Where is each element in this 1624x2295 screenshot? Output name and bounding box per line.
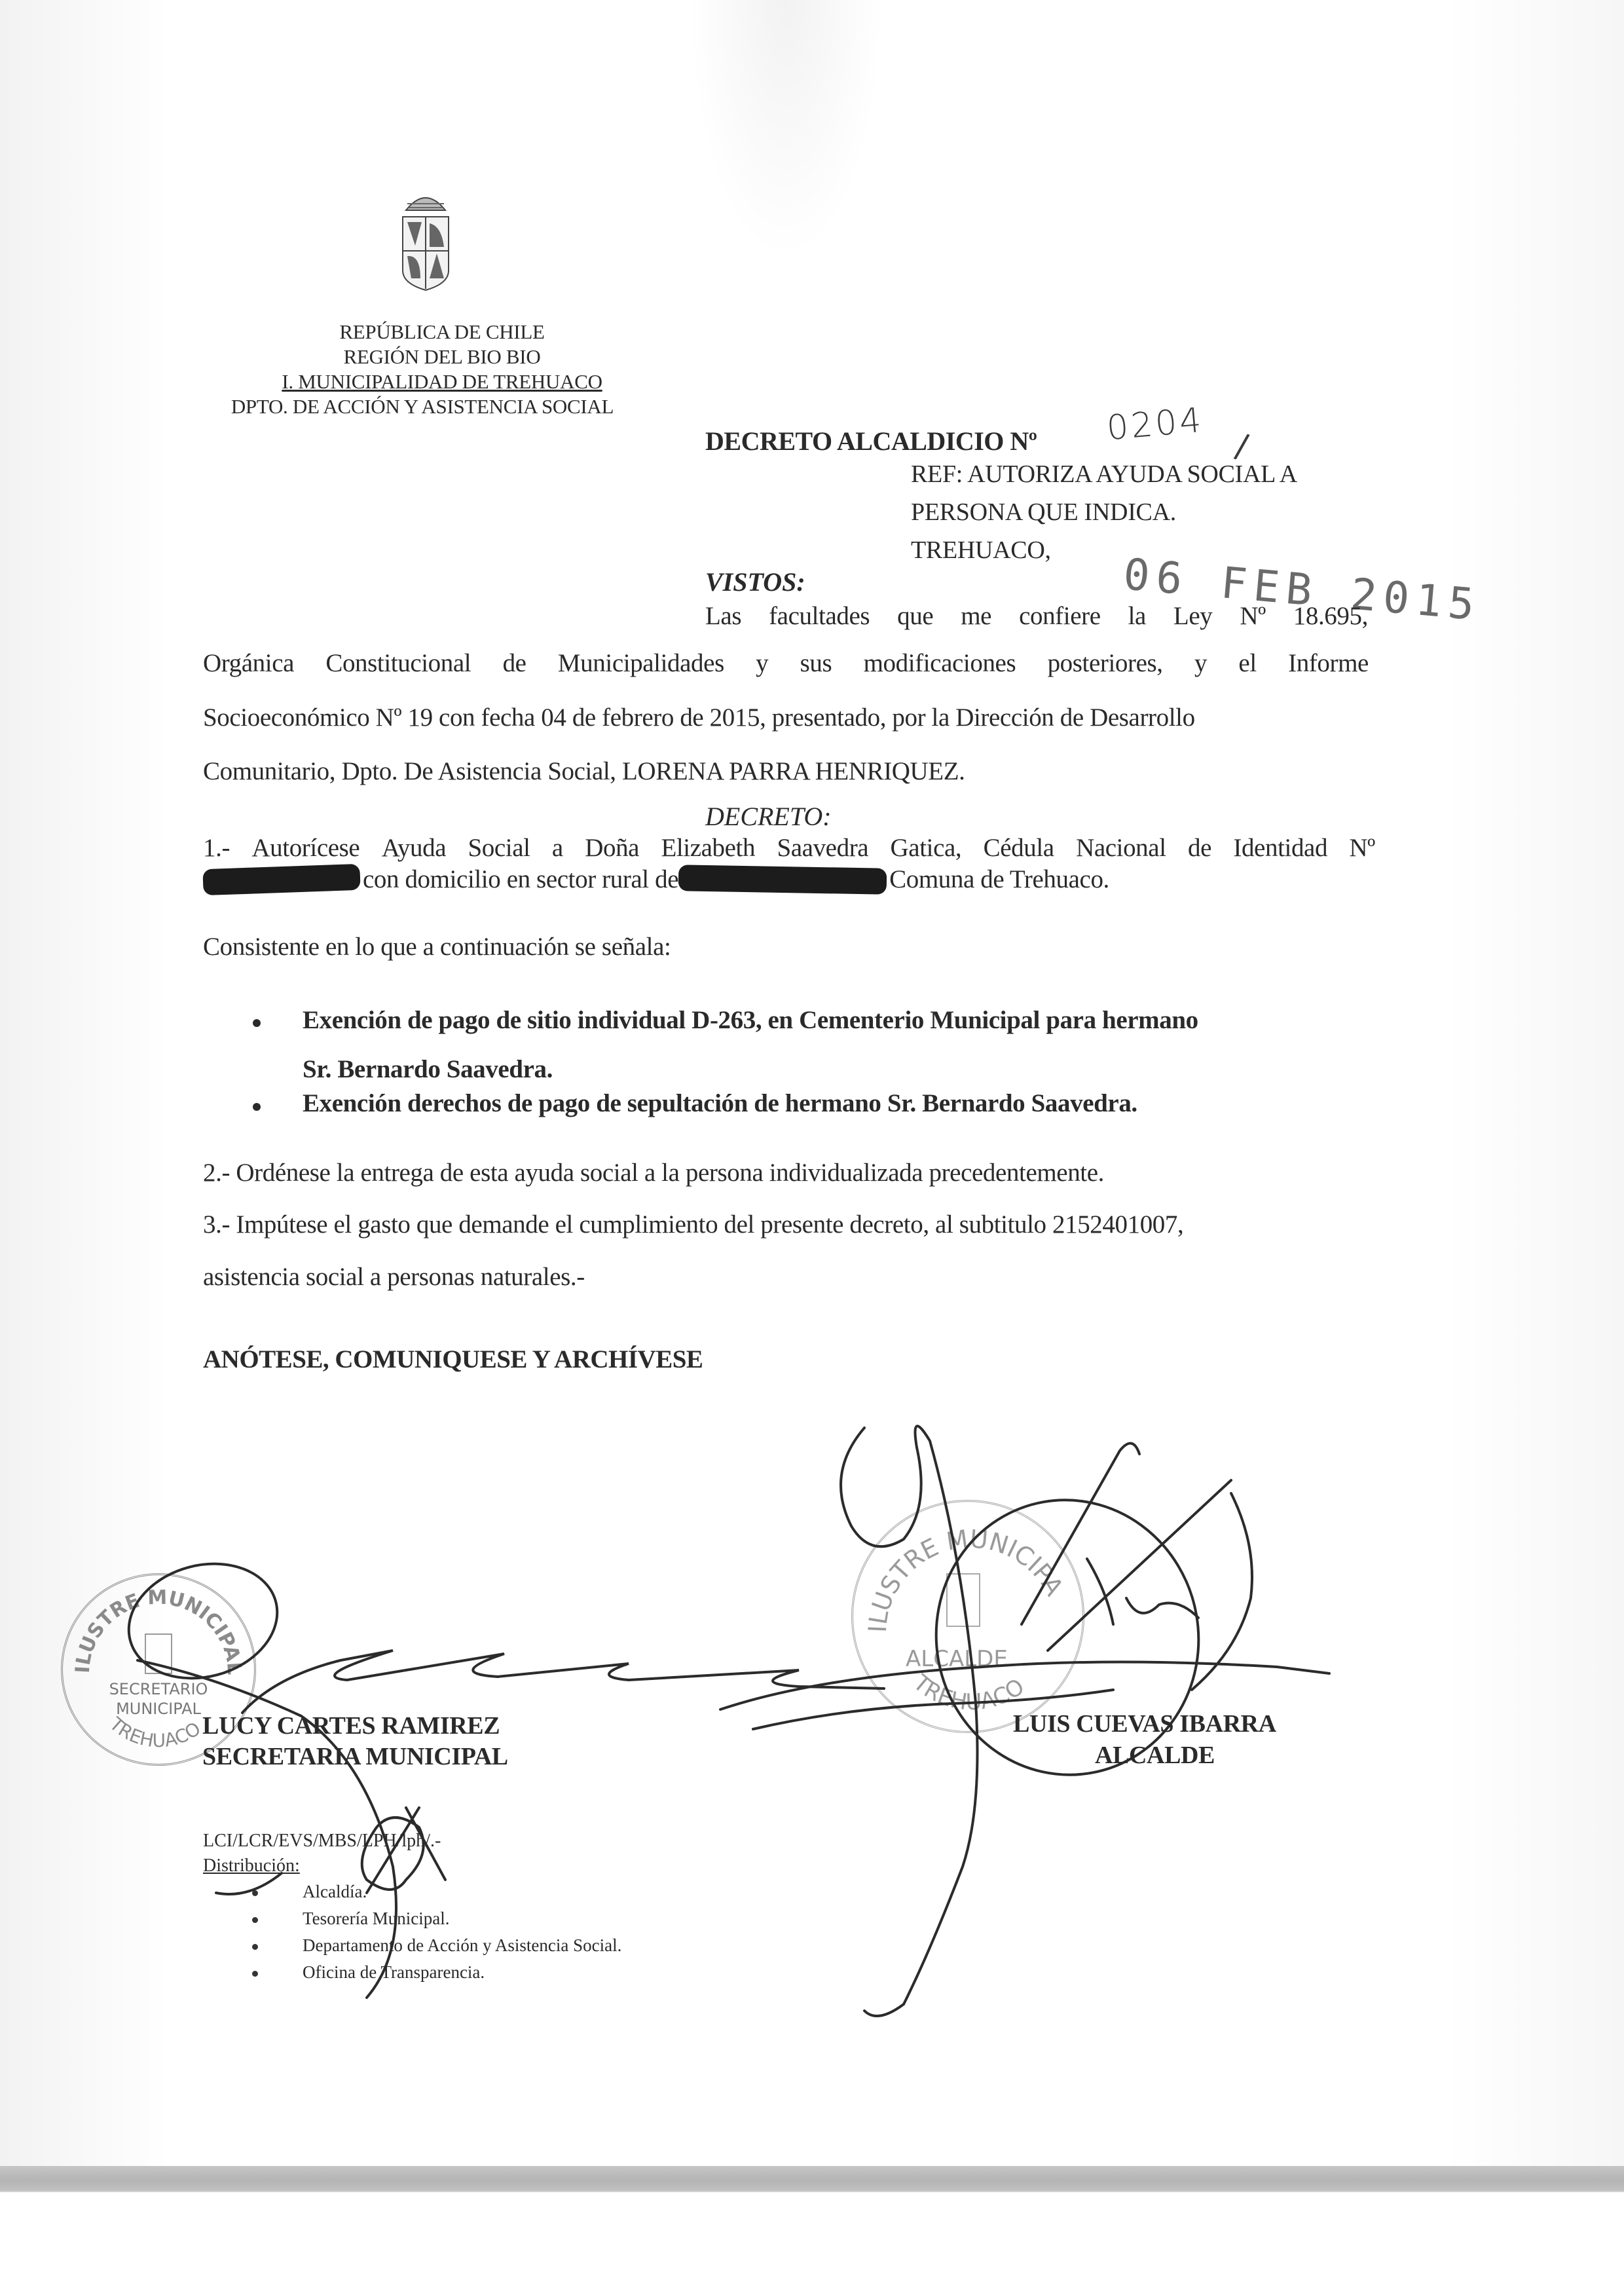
word: Social [468, 833, 530, 863]
mayor-name: LUIS CUEVAS IBARRA [1013, 1709, 1276, 1738]
stamp-bottom-text: TREHUACO [908, 1670, 1029, 1715]
reference-initials: LCI/LCR/EVS/MBS/LPH/lph/.- [203, 1831, 441, 1852]
header-department: DPTO. DE ACCIÓN Y ASISTENCIA SOCIAL [196, 394, 648, 419]
stamp-center-1: SECRETARIO [63, 1680, 254, 1698]
decreto-item-1-line-2: con domicilio en sector rural de Comuna … [203, 865, 1109, 894]
word: 1.- [203, 833, 230, 863]
word: Nº [1349, 833, 1375, 863]
distribution-item: Oficina de Transparencia. [252, 1962, 485, 1983]
word: sus [800, 648, 832, 678]
benefit-1-line-1: Exención de pago de sitio individual D-2… [303, 1005, 1198, 1035]
decreto-heading: DECRETO: [705, 801, 832, 832]
decreto-item-2: 2.- Ordénese la entrega de esta ayuda so… [203, 1158, 1104, 1187]
bullet-icon [252, 1917, 258, 1923]
word: Elizabeth [661, 833, 755, 863]
secretary-title: SECRETARIA MUNICIPAL [202, 1742, 508, 1771]
vistos-heading: VISTOS: [705, 567, 805, 597]
municipal-crest-icon [401, 187, 451, 291]
word: y [1194, 648, 1207, 678]
word: Doña [585, 833, 639, 863]
word: el [1238, 648, 1256, 678]
distribution-item: Departamento de Acción y Asistencia Soci… [252, 1935, 621, 1956]
stamp-bottom-text: TREHUACO [105, 1713, 204, 1751]
decree-number-handwritten: 0204 [1105, 401, 1206, 449]
redacted-id-number [202, 863, 360, 895]
word: Ley [1173, 601, 1212, 631]
bullet-icon [252, 1971, 258, 1977]
word: Nacional [1076, 833, 1166, 863]
bullet-icon [253, 1019, 261, 1027]
word: Ayuda [382, 833, 446, 863]
benefit-1-line-2: Sr. Bernardo Saavedra. [303, 1054, 553, 1084]
word: modificaciones [864, 648, 1016, 678]
closing-formula: ANÓTESE, COMUNIQUESE Y ARCHÍVESE [203, 1345, 703, 1374]
word: de [1188, 833, 1211, 863]
mayor-stamp: ILUSTRE MUNICIPALIDAD TREHUACO ALCALDE [851, 1500, 1084, 1733]
word: 18.695, [1293, 601, 1368, 631]
benefit-2: Exención derechos de pago de sepultación… [303, 1089, 1137, 1118]
svg-text:TREHUACO: TREHUACO [105, 1713, 204, 1751]
stamp-ring-text: ILUSTRE MUNICIPALIDAD [63, 1575, 246, 1675]
word: Las [705, 601, 741, 631]
word: Constitucional [325, 648, 471, 678]
word: a [552, 833, 563, 863]
decreto-item-3-line-1: 3.- Impútese el gasto que demande el cum… [203, 1210, 1183, 1239]
scan-shadow-top [688, 0, 884, 262]
svg-text:TREHUACO: TREHUACO [908, 1670, 1029, 1715]
word: que [897, 601, 933, 631]
word: me [961, 601, 991, 631]
ref-line-2: PERSONA QUE INDICA. [911, 496, 1176, 528]
decree-label: DECRETO ALCALDICIO Nº [705, 426, 1037, 457]
word: confiere [1019, 601, 1101, 631]
bullet-icon [253, 1103, 261, 1111]
word: Identidad [1233, 833, 1327, 863]
word: facultades [769, 601, 870, 631]
word: Orgánica [203, 648, 294, 678]
vistos-line-4: Comunitario, Dpto. De Asistencia Social,… [203, 756, 965, 786]
header-municipality: I. MUNICIPALIDAD DE TREHUACO [196, 369, 688, 394]
svg-text:ILUSTRE MUNICIPALIDAD: ILUSTRE MUNICIPALIDAD [853, 1502, 1069, 1633]
word: Informe [1288, 648, 1369, 678]
word: Saavedra [777, 833, 868, 863]
word: posteriores, [1048, 648, 1163, 678]
word: y [756, 648, 768, 678]
mayor-title: ALCALDE [1095, 1741, 1215, 1770]
header-country: REPÚBLICA DE CHILE [196, 320, 688, 345]
decreto-item-1-line-1: 1.-AutoríceseAyudaSocialaDoñaElizabethSa… [203, 833, 1375, 863]
distribution-label: Distribución: [203, 1856, 300, 1876]
distribution-item: Alcaldía. [252, 1882, 367, 1902]
word: Municipalidades [558, 648, 724, 678]
redacted-address [678, 865, 887, 895]
commune-text: Comuna de Trehuaco. [889, 865, 1109, 894]
scanner-edge-band [0, 2166, 1624, 2192]
word: Nº [1240, 601, 1265, 631]
word: Cédula [984, 833, 1054, 863]
decreto-item-3-line-2: asistencia social a personas naturales.- [203, 1262, 585, 1292]
word: Autorícese [251, 833, 360, 863]
stamp-center: ALCALDE [906, 1646, 1008, 1672]
vistos-line-2: OrgánicaConstitucionaldeMunicipalidadesy… [203, 648, 1369, 678]
bullet-icon [252, 1944, 258, 1950]
stamp-ring-text: ILUSTRE MUNICIPALIDAD [853, 1502, 1069, 1633]
vistos-line-3: Socioeconómico Nº 19 con fecha 04 de feb… [203, 703, 1195, 732]
scan-shadow-right [1441, 0, 1624, 2166]
vistos-line-1: LasfacultadesquemeconfierelaLeyNº18.695, [705, 601, 1368, 631]
distribution-item: Tesorería Municipal. [252, 1909, 450, 1929]
ref-city: TREHUACO, [911, 534, 1051, 566]
svg-text:ILUSTRE MUNICIPALIDAD: ILUSTRE MUNICIPALIDAD [63, 1575, 246, 1675]
consistente-text: Consistente en lo que a continuación se … [203, 932, 671, 961]
secretary-name: LUCY CARTES RAMIREZ [202, 1711, 500, 1740]
header-region: REGIÓN DEL BIO BIO [196, 345, 688, 369]
word: de [503, 648, 526, 678]
address-text: con domicilio en sector rural de [363, 865, 678, 894]
word: la [1128, 601, 1146, 631]
bullet-icon [252, 1890, 258, 1896]
ref-line-1: REF: AUTORIZA AYUDA SOCIAL A [911, 458, 1297, 490]
scan-shadow-left [0, 0, 170, 2166]
word: Gatica, [891, 833, 962, 863]
